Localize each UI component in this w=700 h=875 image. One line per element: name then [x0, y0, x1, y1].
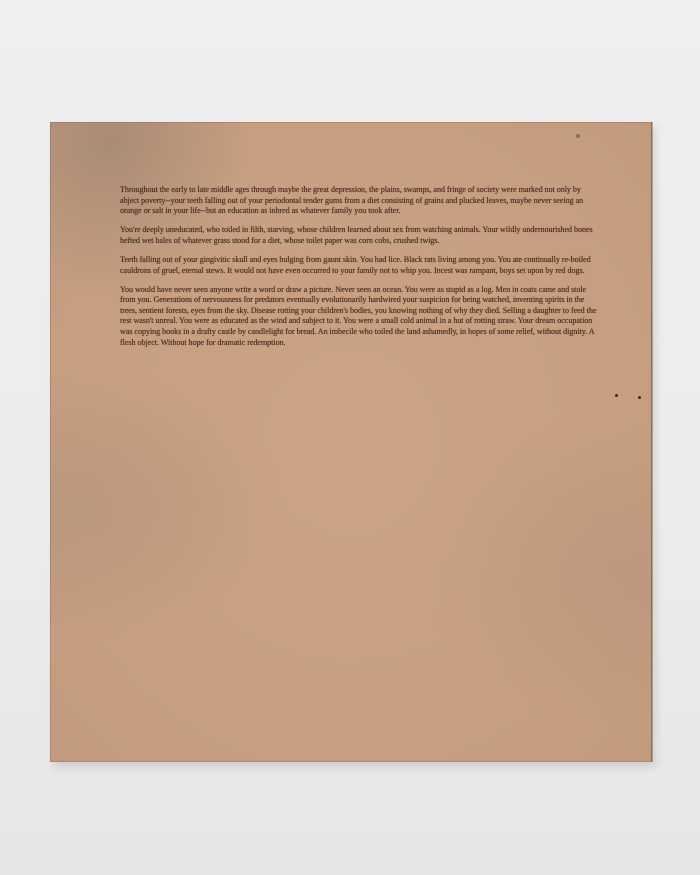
engraved-text: Throughout the early to late middle ages… — [120, 185, 600, 357]
speck-mark — [615, 394, 618, 397]
paragraph: Teeth falling out of your gingivitic sku… — [120, 255, 600, 276]
paragraph: You're deeply uneducated, who toiled in … — [120, 225, 600, 246]
board-edge — [651, 122, 653, 762]
speck-mark — [576, 134, 580, 138]
paragraph: Throughout the early to late middle ages… — [120, 185, 600, 217]
paragraph: You would have never seen anyone write a… — [120, 285, 600, 349]
mdf-board-artwork: Throughout the early to late middle ages… — [50, 122, 652, 762]
speck-mark — [638, 396, 641, 399]
